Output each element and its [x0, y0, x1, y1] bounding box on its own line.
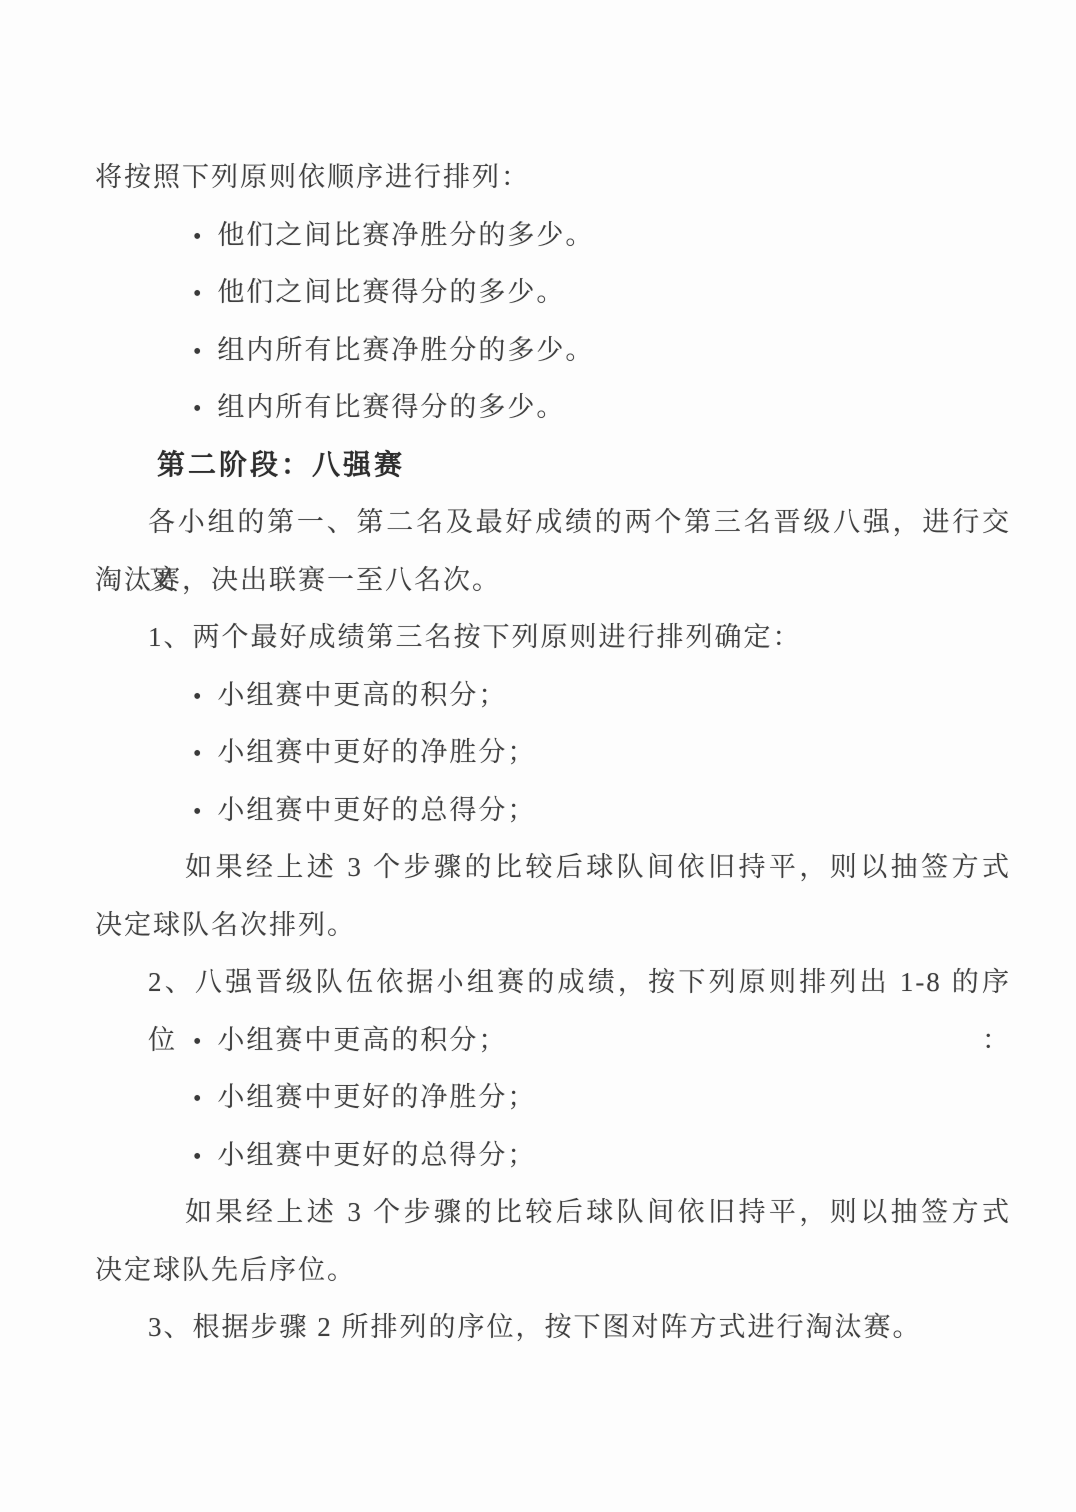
bullet-item-text: 组内所有比赛得分的多少。 — [217, 392, 565, 422]
bullet-item: •他们之间比赛净胜分的多少。 — [95, 207, 1011, 265]
bullet-icon: • — [193, 1014, 203, 1072]
section-heading: 第二阶段：八强赛 — [95, 437, 1011, 495]
bullet-item: •小组赛中更好的净胜分； — [95, 724, 1011, 782]
paragraph-line: 各小组的第一、第二名及最好成绩的两个第三名晋级八强，进行交叉 — [95, 494, 1011, 552]
bullet-icon: • — [193, 726, 203, 784]
document-content: 将按照下列原则依顺序进行排列：•他们之间比赛净胜分的多少。•他们之间比赛得分的多… — [95, 149, 1011, 1357]
bullet-item-text: 小组赛中更好的净胜分； — [217, 737, 536, 767]
paragraph-line: 淘汰赛，决出联赛一至八名次。 — [95, 552, 1011, 610]
paragraph-line: 如果经上述 3 个步骤的比较后球队间依旧持平，则以抽签方式 — [95, 839, 1011, 897]
bullet-item-text: 他们之间比赛得分的多少。 — [217, 277, 565, 307]
bullet-item: •小组赛中更好的总得分； — [95, 782, 1011, 840]
bullet-icon: • — [193, 381, 203, 439]
paragraph-line: 1、两个最好成绩第三名按下列原则进行排列确定： — [95, 609, 1011, 667]
bullet-item-text: 小组赛中更高的积分； — [217, 680, 507, 710]
paragraph-line: 如果经上述 3 个步骤的比较后球队间依旧持平，则以抽签方式 — [95, 1184, 1011, 1242]
bullet-item: •小组赛中更高的积分； — [95, 667, 1011, 725]
paragraph-line: 决定球队名次排列。 — [95, 897, 1011, 955]
bullet-icon: • — [193, 1071, 203, 1129]
bullet-icon: • — [193, 784, 203, 842]
bullet-item-text: 小组赛中更好的净胜分； — [217, 1082, 536, 1112]
paragraph-line: 将按照下列原则依顺序进行排列： — [95, 149, 1011, 207]
bullet-item: •小组赛中更好的净胜分； — [95, 1069, 1011, 1127]
bullet-icon: • — [193, 266, 203, 324]
bullet-icon: • — [193, 1129, 203, 1187]
document-page: 将按照下列原则依顺序进行排列：•他们之间比赛净胜分的多少。•他们之间比赛得分的多… — [0, 0, 1076, 1512]
bullet-item-text: 组内所有比赛净胜分的多少。 — [217, 335, 594, 365]
bullet-item: •他们之间比赛得分的多少。 — [95, 264, 1011, 322]
bullet-item-text: 小组赛中更好的总得分； — [217, 795, 536, 825]
bullet-item: •小组赛中更好的总得分； — [95, 1127, 1011, 1185]
paragraph-line: 2、八强晋级队伍依据小组赛的成绩，按下列原则排列出 1-8 的序位： — [95, 954, 1011, 1012]
bullet-icon: • — [193, 209, 203, 267]
paragraph-line: 3、根据步骤 2 所排列的序位，按下图对阵方式进行淘汰赛。 — [95, 1299, 1011, 1357]
paragraph-line: 决定球队先后序位。 — [95, 1242, 1011, 1300]
bullet-item-text: 他们之间比赛净胜分的多少。 — [217, 220, 594, 250]
bullet-icon: • — [193, 669, 203, 727]
bullet-icon: • — [193, 324, 203, 382]
bullet-item: •组内所有比赛得分的多少。 — [95, 379, 1011, 437]
bullet-item-text: 小组赛中更好的总得分； — [217, 1140, 536, 1170]
bullet-item: •组内所有比赛净胜分的多少。 — [95, 322, 1011, 380]
bullet-item-text: 小组赛中更高的积分； — [217, 1025, 507, 1055]
